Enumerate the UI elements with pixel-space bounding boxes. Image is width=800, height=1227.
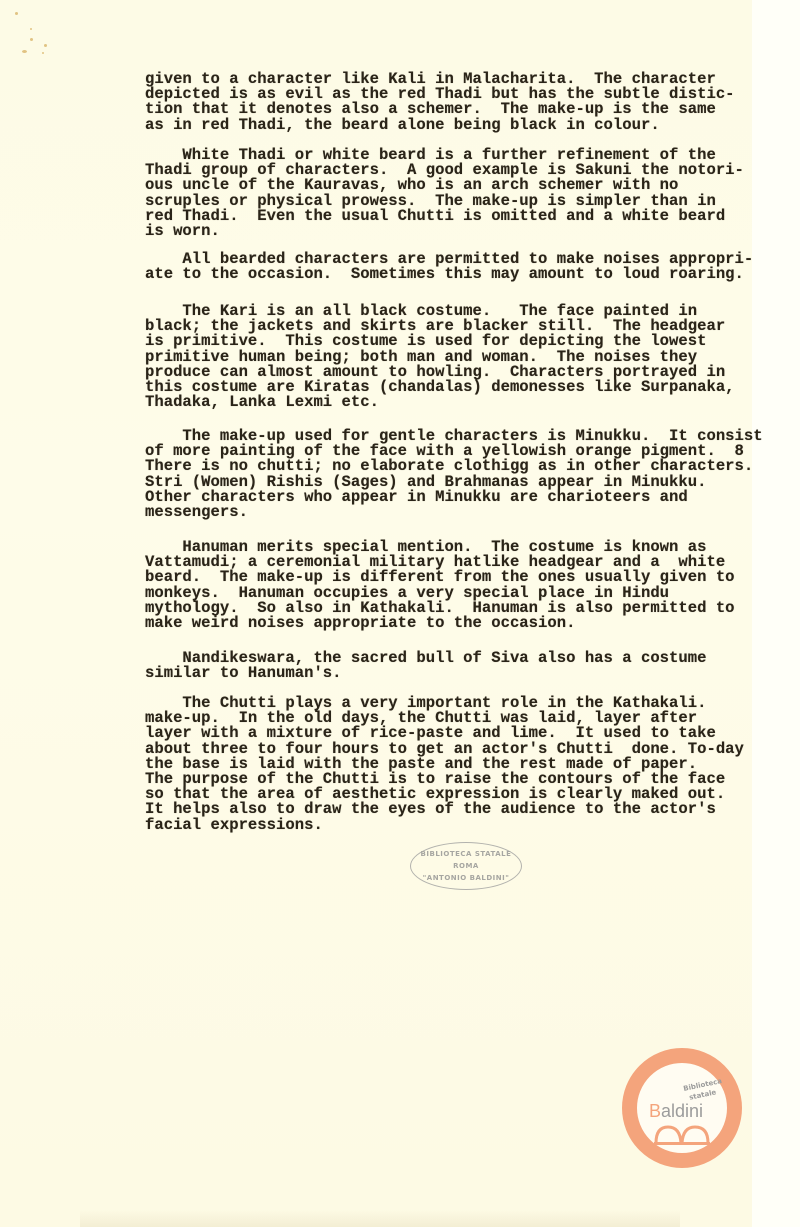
text-line: similar to Hanuman's. [145, 666, 706, 681]
paragraph: Hanuman merits special mention. The cost… [145, 540, 735, 631]
text-line: as in red Thadi, the beard alone being b… [145, 118, 735, 133]
text-line: red Thadi. Even the usual Chutti is omit… [145, 209, 744, 224]
page-edge [752, 0, 800, 1227]
text-line: make weird noises appropriate to the occ… [145, 616, 735, 631]
baldini-logo: Biblioteca statale Baldini [622, 1048, 742, 1168]
paragraph: The make-up used for gentle characters i… [145, 429, 763, 520]
paragraph: Nandikeswara, the sacred bull of Siva al… [145, 651, 706, 681]
library-stamp: BIBLIOTECA STATALE ROMA "ANTONIO BALDINI… [410, 842, 522, 890]
paragraph: White Thadi or white beard is a further … [145, 148, 744, 239]
text-line: ate to the occasion. Sometimes this may … [145, 267, 753, 282]
margin-specks [0, 0, 80, 70]
text-line: facial expressions. [145, 818, 744, 833]
logo-name: Baldini [649, 1101, 703, 1122]
text-line: messengers. [145, 505, 763, 520]
text-line: is worn. [145, 224, 744, 239]
stamp-line-2: ROMA [411, 862, 521, 870]
text-line: Thadaka, Lanka Lexmi etc. [145, 395, 735, 410]
paragraph: The Chutti plays a very important role i… [145, 696, 744, 833]
stamp-line-1: BIBLIOTECA STATALE [411, 850, 521, 858]
page-bottom-shadow [80, 1210, 680, 1227]
open-book-icon [653, 1123, 711, 1145]
paragraph: given to a character like Kali in Malach… [145, 72, 735, 133]
paragraph: The Kari is an all black costume. The fa… [145, 304, 735, 410]
stamp-line-3: "ANTONIO BALDINI" [411, 874, 521, 882]
paragraph: All bearded characters are permitted to … [145, 252, 753, 282]
